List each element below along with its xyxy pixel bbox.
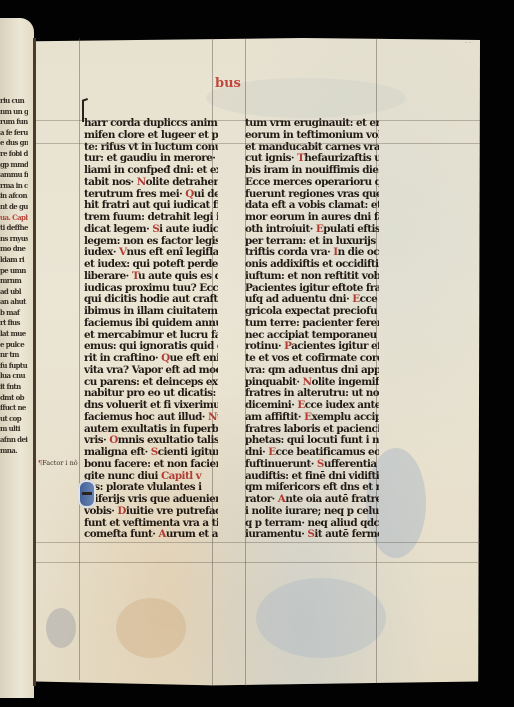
left-page-line: ti deffhe [0,223,28,234]
left-page-line: a fe feruite [0,128,28,139]
ink-smudge [46,608,76,648]
left-page-line: ldam ri [0,255,28,266]
left-page-line: lua cnu [0,371,28,382]
left-page-line: lat mue [0,329,28,340]
left-page-line: dmt ob [0,393,28,404]
left-page-line: mrnm [0,276,28,287]
text-line: liberare· Tu aute quis es qui [84,271,218,283]
left-page-text: riu cunnm un grrum funa fe feruitee dus … [0,96,28,456]
text-line: vita vra? Vapor eft ad modi [84,365,218,377]
text-line: dicat legem· Si aute iudicas [84,224,218,236]
left-page-line: rum fun [0,117,28,128]
left-page-line: ns rnyus [0,234,28,245]
ruling-line-vertical [79,38,80,680]
text-line: faciemus ibi quidem annu [84,318,218,330]
text-line: tabit nos· Nolite detrahere al [84,177,218,189]
facing-left-page: riu cunnm un grrum funa fe feruitee dus … [0,18,34,698]
text-line: fuftinuerunt· Sufferentia iob [245,459,379,471]
left-page-line: ffuct ne [0,403,28,414]
left-page-line: b maf [0,308,28,319]
text-line: bis iram in nouiffimis diebus· [245,165,379,177]
text-line: comefta funt· Aurum et argen [84,529,218,541]
left-page-line: mna. [0,446,28,457]
left-page-line: riu cun [0,96,28,107]
left-page-line: nt de guts [0,202,28,213]
folio-number: · · [465,40,471,47]
text-line: eorum in teftimonium vobis erit: [245,130,379,142]
left-page-line: rt fius [0,318,28,329]
text-line: gricola expectat preciofu fruc [245,306,379,318]
text-line: onis addixiftis et occidiftis [245,259,379,271]
left-page-line: afnn dei [0,435,28,446]
left-page-line: ua. Caplm [0,213,28,224]
left-page-line: mo dne [0,244,28,255]
ruling-line-horizontal [36,542,480,543]
text-line: rator· Ante oia autē fratres me [245,494,379,506]
marginal-note: ¶Factor i nô [38,459,78,467]
text-line: tum terre: pacienter ferens do [245,318,379,330]
ruling-line-horizontal [36,562,480,563]
text-line: mifen clore et lugeer et plora [84,130,218,142]
text-line: maligna eft· Scienti igitur [84,447,218,459]
water-stain [256,578,386,658]
left-page-line: ut cop [0,414,28,425]
left-page-line: e pulce [0,340,28,351]
running-head: bus [215,76,241,91]
text-line: tum vrm eruginauit: et erugo [245,118,379,130]
left-page-line: e dus gn [0,138,28,149]
marginal-note-text: Factor i nô [42,459,78,467]
left-page-line: ad ubl [0,287,28,298]
text-line: i nolite iurare; neq p celu ne [245,506,379,518]
left-page-line: gp mmdo [0,160,28,171]
left-page-line: rma in ct [0,181,28,192]
text-line: trem fuum: detrahit legi i iu [84,212,218,224]
left-page-line: ammu fr [0,170,28,181]
text-column-right: tum vrm eruginauit: et erugoeorum in tef… [245,118,379,541]
foxing-stain [116,598,186,658]
illuminated-initial-icon [78,480,96,508]
left-page-line: fu fuptu [0,361,28,372]
text-line: mor eorum in aures dni fabba [245,212,379,224]
book-gutter [33,38,36,686]
left-page-line: nr tm [0,350,28,361]
text-line: faciemus hoc aut illud· Nuc [84,412,218,424]
text-line: et iudex: qui poteft perdere et [84,259,218,271]
text-line: liami in confpeđ dni: et exal [84,165,218,177]
left-page-line: re fobi dn [0,149,28,160]
text-line: vobis· Diuitie vre putrefacte [84,506,218,518]
left-page-line: it fntn [0,382,28,393]
left-page-line: in afcon [0,191,28,202]
left-page-line: m ulti [0,424,28,435]
text-line: dns voluerit et fi vixerimus [84,400,218,412]
text-column-left: harr corda dupliccs animo·mifen clore et… [84,118,218,541]
text-line: iuftum: et non reftitit vobis· [245,271,379,283]
left-page-line: an ahut [0,297,28,308]
left-page-line: nm un gr [0,107,28,118]
text-line: ibimus in illam ciuitatem: et [84,306,218,318]
text-line: vra: qm aduentus dni appro [245,365,379,377]
left-page-line: pe umn [0,266,28,277]
text-line: miferijs vris que aduenient [84,494,218,506]
text-line: Ecce merces operarioru qui mef [245,177,379,189]
text-line: am affiftit· Exemplu accipite [245,412,379,424]
text-line: dicemini· Ecce iudex ante ianu [245,400,379,412]
text-line: harr corda dupliccs animo· [84,118,218,130]
text-line: te et vos et cofirmate corda [245,353,379,365]
text-line: dni· Ecce beatificamus eos q [245,447,379,459]
text-line: oth introiuit· Epulati eftis fu [245,224,379,236]
text-line: iuramentu· Sit autē fermo [245,529,379,541]
text-line: rit in craftino· Que eft enim [84,353,218,365]
